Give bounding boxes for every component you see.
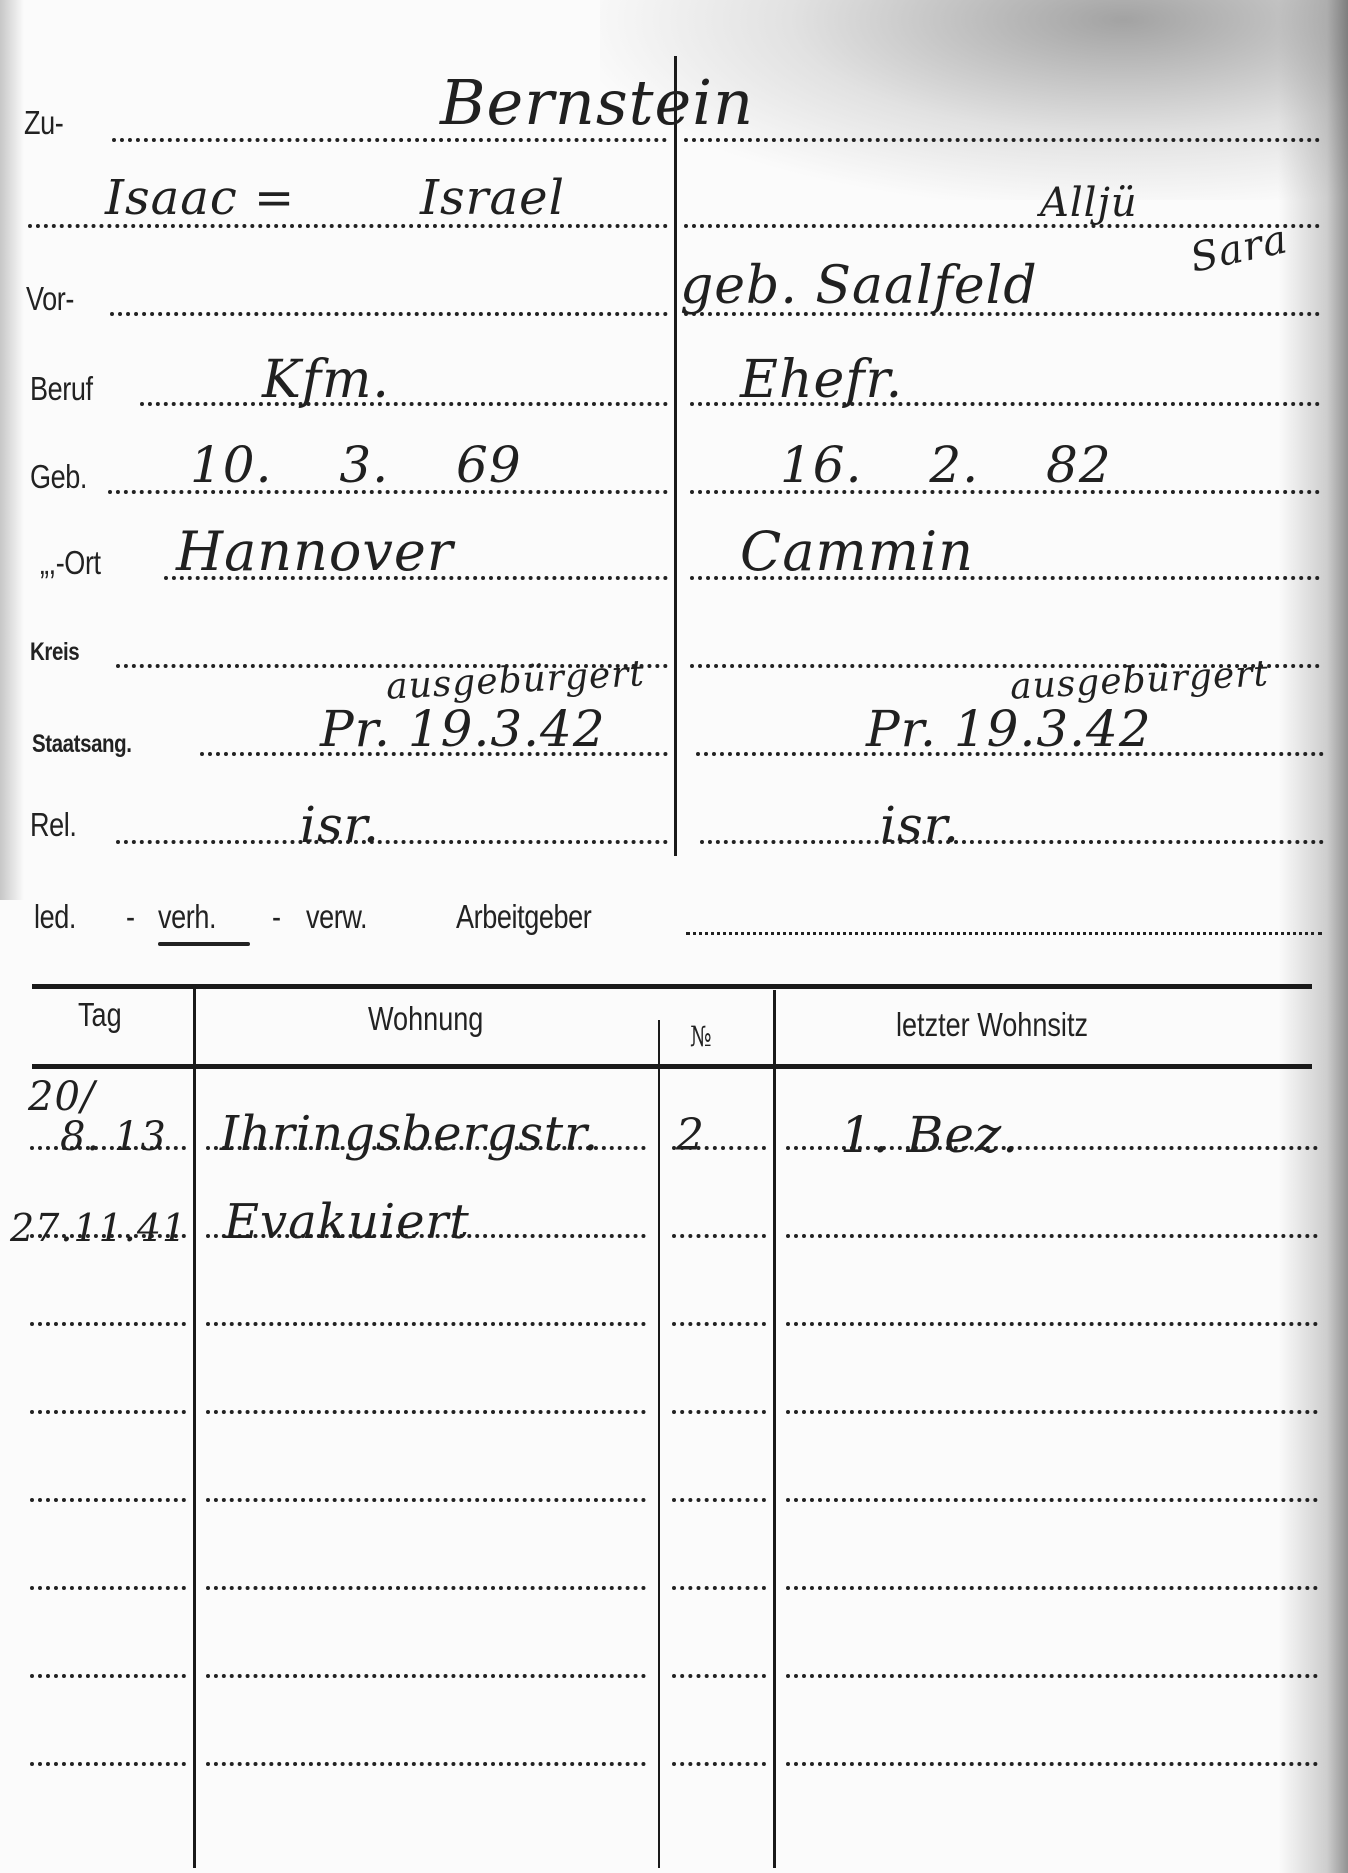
- field-given-name-prefix: Isaac =: [105, 170, 295, 226]
- marital-widowed: verw.: [306, 898, 367, 936]
- row-line: [30, 1410, 186, 1414]
- field-line-employer: [686, 932, 1322, 935]
- label-surname: Zu-: [24, 104, 63, 142]
- label-religion: Rel.: [30, 806, 76, 844]
- table-divider-day: [193, 988, 196, 1868]
- marital-single: led.: [34, 898, 76, 936]
- label-birth-place: „,-Ort: [40, 544, 101, 582]
- row1-day: 8. 13: [60, 1114, 167, 1160]
- field-given-name-note-right: Alljü: [1040, 180, 1138, 226]
- row-line: [786, 1234, 1318, 1238]
- marital-separator: -: [272, 898, 281, 936]
- row1-number: 2: [676, 1110, 705, 1161]
- header-day: Tag: [78, 996, 122, 1034]
- row1-residence: Ihringsbergstr.: [220, 1106, 599, 1162]
- row-line: [672, 1586, 766, 1590]
- marital-selected-mark: [158, 942, 250, 946]
- header-previous-residence: letzter Wohnsitz: [896, 1006, 1088, 1044]
- registration-card: Zu- Bernstein Isaac = Israel Alljü Sara …: [0, 0, 1348, 1873]
- field-birth-date-left: 10. 3. 69: [190, 436, 522, 494]
- header-residence: Wohnung: [368, 1000, 483, 1038]
- field-line: [28, 224, 668, 228]
- row-line: [672, 1674, 766, 1678]
- field-occupation-left: Kfm.: [262, 350, 390, 410]
- field-line: [684, 138, 1320, 142]
- row-line: [672, 1762, 766, 1766]
- row-line: [206, 1674, 646, 1678]
- label-employer: Arbeitgeber: [456, 898, 591, 936]
- row-line: [30, 1762, 186, 1766]
- field-religion-right: isr.: [880, 796, 960, 854]
- row-line: [30, 1322, 186, 1326]
- row-line: [206, 1410, 646, 1414]
- row2-day: 27.11.41: [10, 1206, 187, 1250]
- field-citizenship-right: Pr. 19.3.42: [866, 700, 1152, 758]
- label-birth-date: Geb.: [30, 458, 87, 496]
- paper-edge-shadow-left: [0, 0, 24, 900]
- field-birth-place-left: Hannover: [176, 520, 454, 583]
- field-given-name-right: geb. Saalfeld: [680, 256, 1038, 316]
- field-occupation-right: Ehefr.: [740, 350, 903, 410]
- row-line: [786, 1498, 1318, 1502]
- field-line: [116, 840, 668, 844]
- row-line: [786, 1674, 1318, 1678]
- row1-previous-residence: 1. Bez.: [840, 1106, 1019, 1164]
- row2-residence: Evakuiert: [224, 1194, 470, 1250]
- marital-married: verh.: [158, 898, 216, 936]
- field-given-name-left: Israel: [420, 170, 565, 226]
- column-divider: [674, 56, 677, 856]
- row-line: [786, 1586, 1318, 1590]
- row-line: [206, 1322, 646, 1326]
- row-line: [206, 1586, 646, 1590]
- table-header-rule: [32, 1064, 1312, 1069]
- label-citizenship: Staatsang.: [32, 730, 132, 759]
- row-line: [672, 1322, 766, 1326]
- label-occupation: Beruf: [30, 370, 93, 408]
- table-divider-residence: [658, 1020, 660, 1868]
- header-number: №: [690, 1020, 712, 1053]
- field-line: [700, 840, 1324, 844]
- field-line: [110, 312, 668, 316]
- row-line: [786, 1322, 1318, 1326]
- field-surname-left: Bernstein: [440, 66, 754, 139]
- row-line: [672, 1410, 766, 1414]
- table-divider-number: [773, 990, 776, 1868]
- field-religion-left: isr.: [300, 796, 380, 854]
- row-line: [672, 1498, 766, 1502]
- marital-separator: -: [126, 898, 135, 936]
- row-line: [30, 1586, 186, 1590]
- row-line: [786, 1762, 1318, 1766]
- field-birth-date-right: 16. 2. 82: [780, 436, 1112, 494]
- row-line: [206, 1762, 646, 1766]
- label-given-name: Vor-: [26, 280, 74, 318]
- row-line: [30, 1674, 186, 1678]
- field-birth-place-right: Cammin: [740, 520, 974, 583]
- row-line: [30, 1498, 186, 1502]
- paper-edge-shadow: [1278, 0, 1348, 1873]
- table-top-rule: [32, 984, 1312, 989]
- row-line: [206, 1498, 646, 1502]
- field-line: [140, 402, 668, 406]
- field-citizenship-left: Pr. 19.3.42: [320, 700, 606, 758]
- label-district: Kreis: [30, 638, 79, 667]
- row-line: [786, 1410, 1318, 1414]
- row-line: [672, 1234, 766, 1238]
